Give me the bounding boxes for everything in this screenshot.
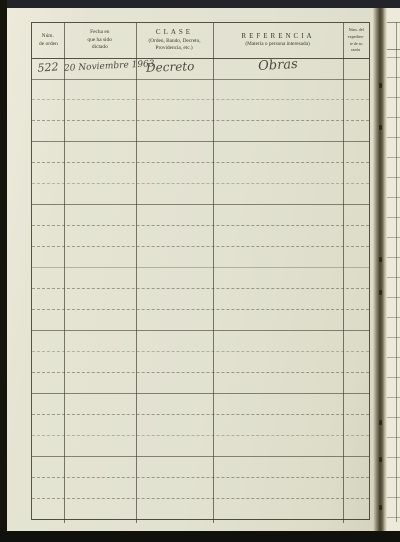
next-page-table-line <box>387 22 400 23</box>
column-header-clase: CLASE (Orden, Bando, Decreto, Providenci… <box>136 23 213 58</box>
header-label: Núm. <box>42 33 54 40</box>
scanned-ledger-page: Núm. de orden Fecha en que ha sido dicta… <box>0 0 400 542</box>
next-page-ruled-lines <box>387 57 400 519</box>
entry-referencia: Obras <box>213 55 344 77</box>
empty-ledger-row <box>32 394 369 415</box>
column-header-fecha: Fecha en que ha sido dictado <box>64 23 136 58</box>
empty-ledger-row <box>32 310 369 331</box>
column-header-referencia: REFERENCIA (Materia o persona interesada… <box>213 23 343 58</box>
empty-ledger-row <box>32 163 369 184</box>
header-sublabel: (Orden, Bando, Decreto, <box>148 38 200 45</box>
empty-ledger-row <box>32 100 369 121</box>
scan-border-top <box>0 0 400 8</box>
column-header-num-orden: Núm. de orden <box>32 23 64 58</box>
binding-stitch <box>379 420 382 425</box>
empty-ledger-row <box>32 205 369 226</box>
empty-ledger-row <box>32 415 369 436</box>
empty-ledger-row <box>32 436 369 457</box>
scan-border-left <box>0 0 7 542</box>
empty-ledger-row <box>32 268 369 289</box>
header-sublabel: (Materia o persona interesada) <box>246 42 310 49</box>
binding-stitch <box>379 505 382 510</box>
empty-ledger-row <box>32 478 369 499</box>
column-header-num-expediente: Núm. del expedien- te de su razón <box>343 23 369 58</box>
header-label: expedien- <box>348 35 364 39</box>
binding-stitch <box>379 457 382 462</box>
empty-ledger-row <box>32 247 369 268</box>
header-label: REFERENCIA <box>241 32 314 40</box>
empty-ledger-row <box>32 142 369 163</box>
registry-table: Núm. de orden Fecha en que ha sido dicta… <box>31 22 370 520</box>
empty-ledger-row <box>32 79 369 100</box>
entry-clase: Decreto <box>146 59 195 75</box>
empty-ledger-row <box>32 373 369 394</box>
header-label: razón <box>351 48 360 52</box>
header-label: de orden <box>39 41 58 48</box>
header-sublabel: Providencia, etc.) <box>156 46 193 53</box>
header-label: te de su <box>350 42 362 46</box>
scan-border-bottom <box>0 531 400 542</box>
table-header-row: Núm. de orden Fecha en que ha sido dicta… <box>32 23 369 59</box>
header-label: Fecha en <box>90 29 109 36</box>
empty-ledger-row <box>32 352 369 373</box>
binding-stitch <box>379 125 382 130</box>
next-page-table-line <box>387 49 400 50</box>
empty-ledger-row <box>32 499 369 520</box>
empty-ledger-row <box>32 226 369 247</box>
empty-ledger-row <box>32 184 369 205</box>
binding-stitch <box>379 290 382 295</box>
binding-stitch <box>379 83 382 88</box>
header-label: que ha sido <box>88 37 113 44</box>
header-label: CLASE <box>156 28 193 36</box>
next-page-edge <box>387 8 400 531</box>
empty-ledger-row <box>32 121 369 142</box>
header-label: dictado <box>92 45 108 52</box>
entry-fecha: 20 Noviembre 1963 <box>64 60 136 74</box>
table-body-empty-rows <box>32 79 369 541</box>
empty-ledger-row <box>32 331 369 352</box>
empty-ledger-row <box>32 289 369 310</box>
entry-num-orden: 522 <box>32 60 65 75</box>
empty-ledger-row <box>32 457 369 478</box>
binding-stitch <box>379 257 382 262</box>
header-label: Núm. del <box>348 28 363 32</box>
ledger-entry-row: 522 20 Noviembre 1963 Decreto Obras <box>32 58 369 80</box>
